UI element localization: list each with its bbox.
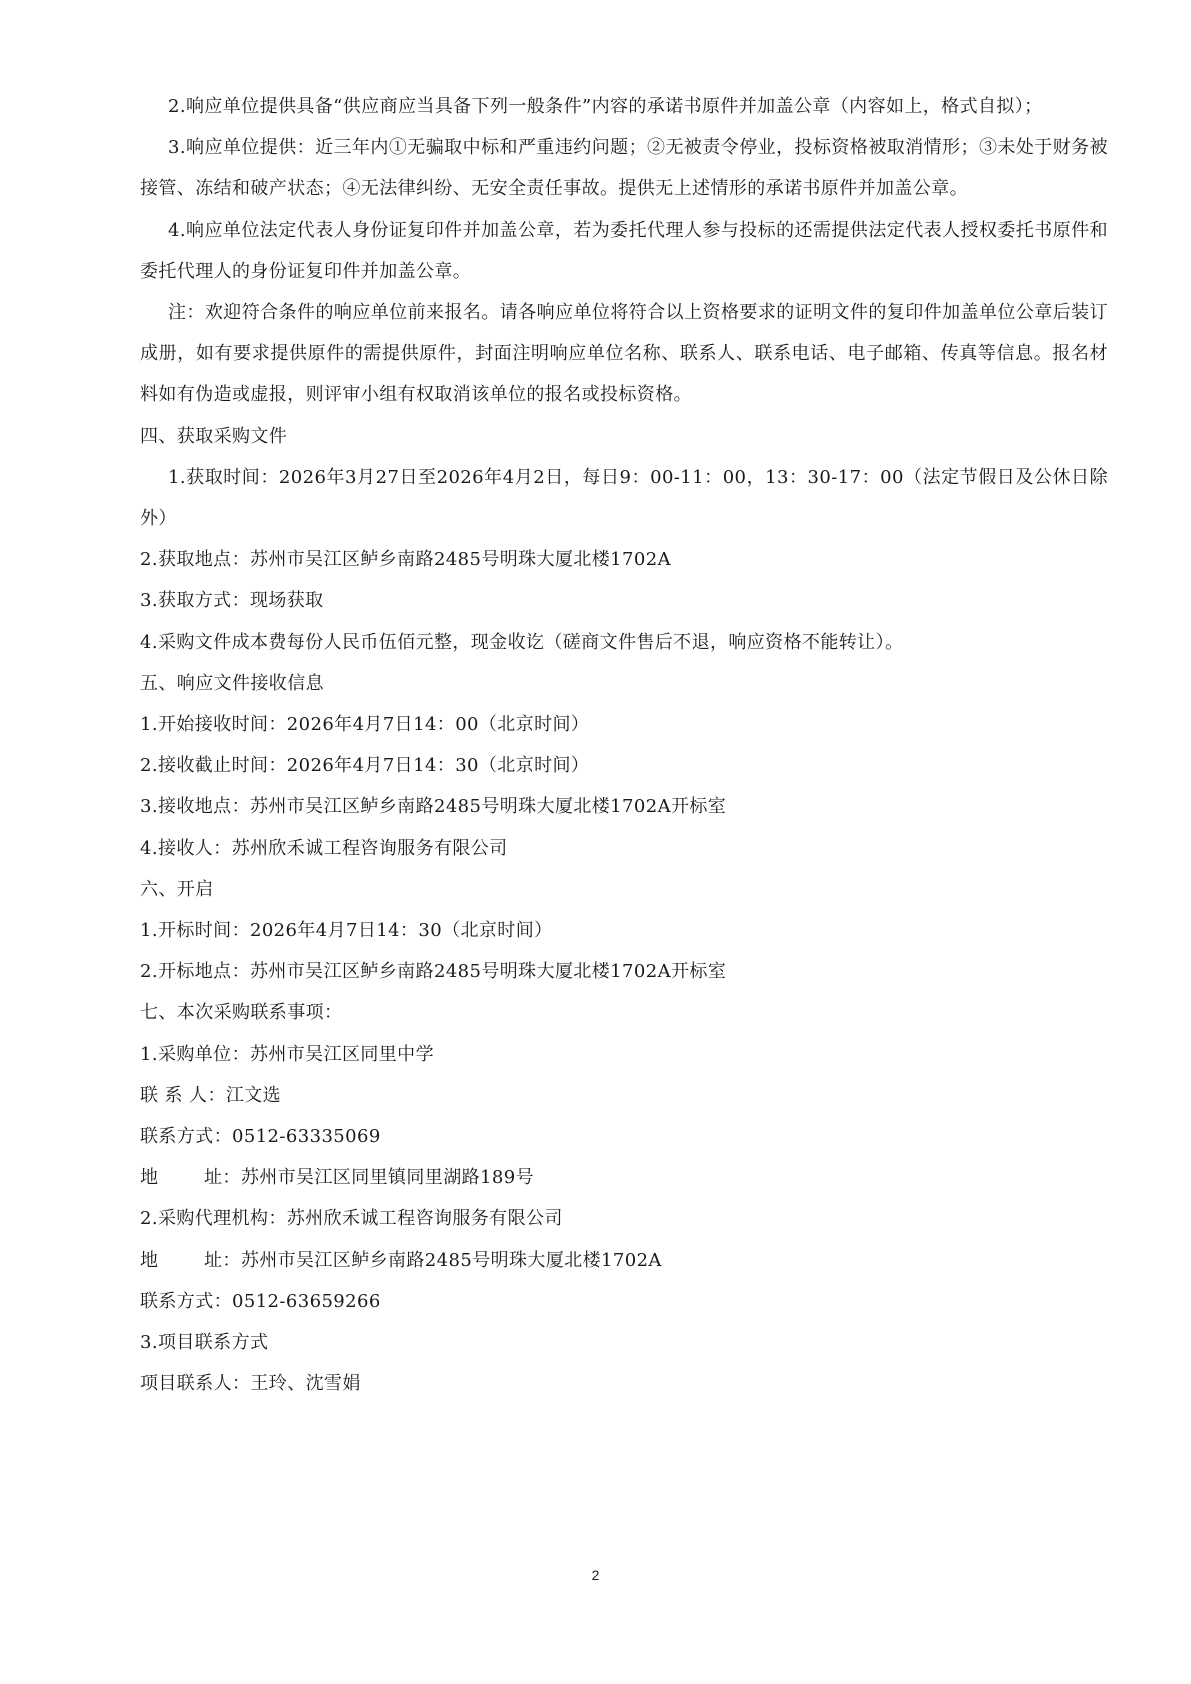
project-contact-value: 王玲、沈雪娟 [250,1373,360,1394]
document-body: 2.响应单位提供具备“供应商应当具备下列一般条件”内容的承诺书原件并加盖公章（内… [140,86,1108,1405]
purchaser-title: 1.采购单位：苏州市吴江区同里中学 [140,1034,1108,1075]
purchaser-address-value: 苏州市吴江区同里镇同里湖路189号 [241,1167,534,1188]
project-contact-label: 项目联系人： [140,1373,250,1394]
agency-phone-value: 0512-63659266 [232,1291,381,1312]
agency-address-label-a: 地 [140,1240,204,1281]
purchaser-phone-label: 联系方式： [140,1126,232,1147]
item-receiver: 4.接收人：苏州欣禾诚工程咨询服务有限公司 [140,828,1108,869]
agency-title: 2.采购代理机构：苏州欣禾诚工程咨询服务有限公司 [140,1198,1108,1239]
item-document-fee: 4.采购文件成本费每份人民币伍佰元整，现金收讫（磋商文件售后不退，响应资格不能转… [140,622,1108,663]
agency-address: 地址：苏州市吴江区鲈乡南路2485号明珠大厦北楼1702A [140,1240,1108,1281]
document-page: 2.响应单位提供具备“供应商应当具备下列一般条件”内容的承诺书原件并加盖公章（内… [0,0,1191,1684]
item-receipt-start: 1.开始接收时间：2026年4月7日14：00（北京时间） [140,704,1108,745]
agency-phone: 联系方式：0512-63659266 [140,1281,1108,1322]
agency-address-label-b: 址： [204,1250,241,1271]
section-heading-response-receipt: 五、响应文件接收信息 [140,663,1108,704]
purchaser-contact-value: 江文选 [226,1085,281,1106]
agency-address-value: 苏州市吴江区鲈乡南路2485号明珠大厦北楼1702A [241,1250,662,1271]
heading-text: 四、获取采购文件 [140,426,287,447]
section-heading-contacts: 七、本次采购联系事项： [140,992,1108,1033]
agency-phone-label: 联系方式： [140,1291,232,1312]
item-obtain-method: 3.获取方式：现场获取 [140,580,1108,621]
purchaser-address-label-a: 地 [140,1157,204,1198]
paragraph-requirement-2: 2.响应单位提供具备“供应商应当具备下列一般条件”内容的承诺书原件并加盖公章（内… [140,86,1108,127]
purchaser-address: 地址：苏州市吴江区同里镇同里湖路189号 [140,1157,1108,1198]
section-heading-opening: 六、开启 [140,869,1108,910]
purchaser-address-label-b: 址： [204,1167,241,1188]
item-opening-time: 1.开标时间：2026年4月7日14：30（北京时间） [140,910,1108,951]
paragraph-note: 注：欢迎符合条件的响应单位前来报名。请各响应单位将符合以上资格要求的证明文件的复… [140,292,1108,416]
paragraph-requirement-3: 3.响应单位提供：近三年内①无骗取中标和严重违约问题；②无被责令停业，投标资格被… [140,127,1108,209]
item-obtain-location: 2.获取地点：苏州市吴江区鲈乡南路2485号明珠大厦北楼1702A [140,539,1108,580]
project-contact-title: 3.项目联系方式 [140,1322,1108,1363]
item-opening-location: 2.开标地点：苏州市吴江区鲈乡南路2485号明珠大厦北楼1702A开标室 [140,951,1108,992]
purchaser-contact-label: 联 系 人： [140,1085,226,1106]
item-receipt-deadline: 2.接收截止时间：2026年4月7日14：30（北京时间） [140,745,1108,786]
purchaser-phone-value: 0512-63335069 [232,1126,381,1147]
page-number: 2 [0,1567,1191,1583]
project-contact: 项目联系人：王玲、沈雪娟 [140,1363,1108,1404]
section-heading-obtain-documents: 四、获取采购文件 [140,416,1108,457]
purchaser-contact: 联 系 人：江文选 [140,1075,1108,1116]
item-obtain-time: 1.获取时间：2026年3月27日至2026年4月2日，每日9：00-11：00… [140,457,1108,539]
item-receipt-location: 3.接收地点：苏州市吴江区鲈乡南路2485号明珠大厦北楼1702A开标室 [140,786,1108,827]
purchaser-phone: 联系方式：0512-63335069 [140,1116,1108,1157]
paragraph-requirement-4: 4.响应单位法定代表人身份证复印件并加盖公章，若为委托代理人参与投标的还需提供法… [140,210,1108,292]
